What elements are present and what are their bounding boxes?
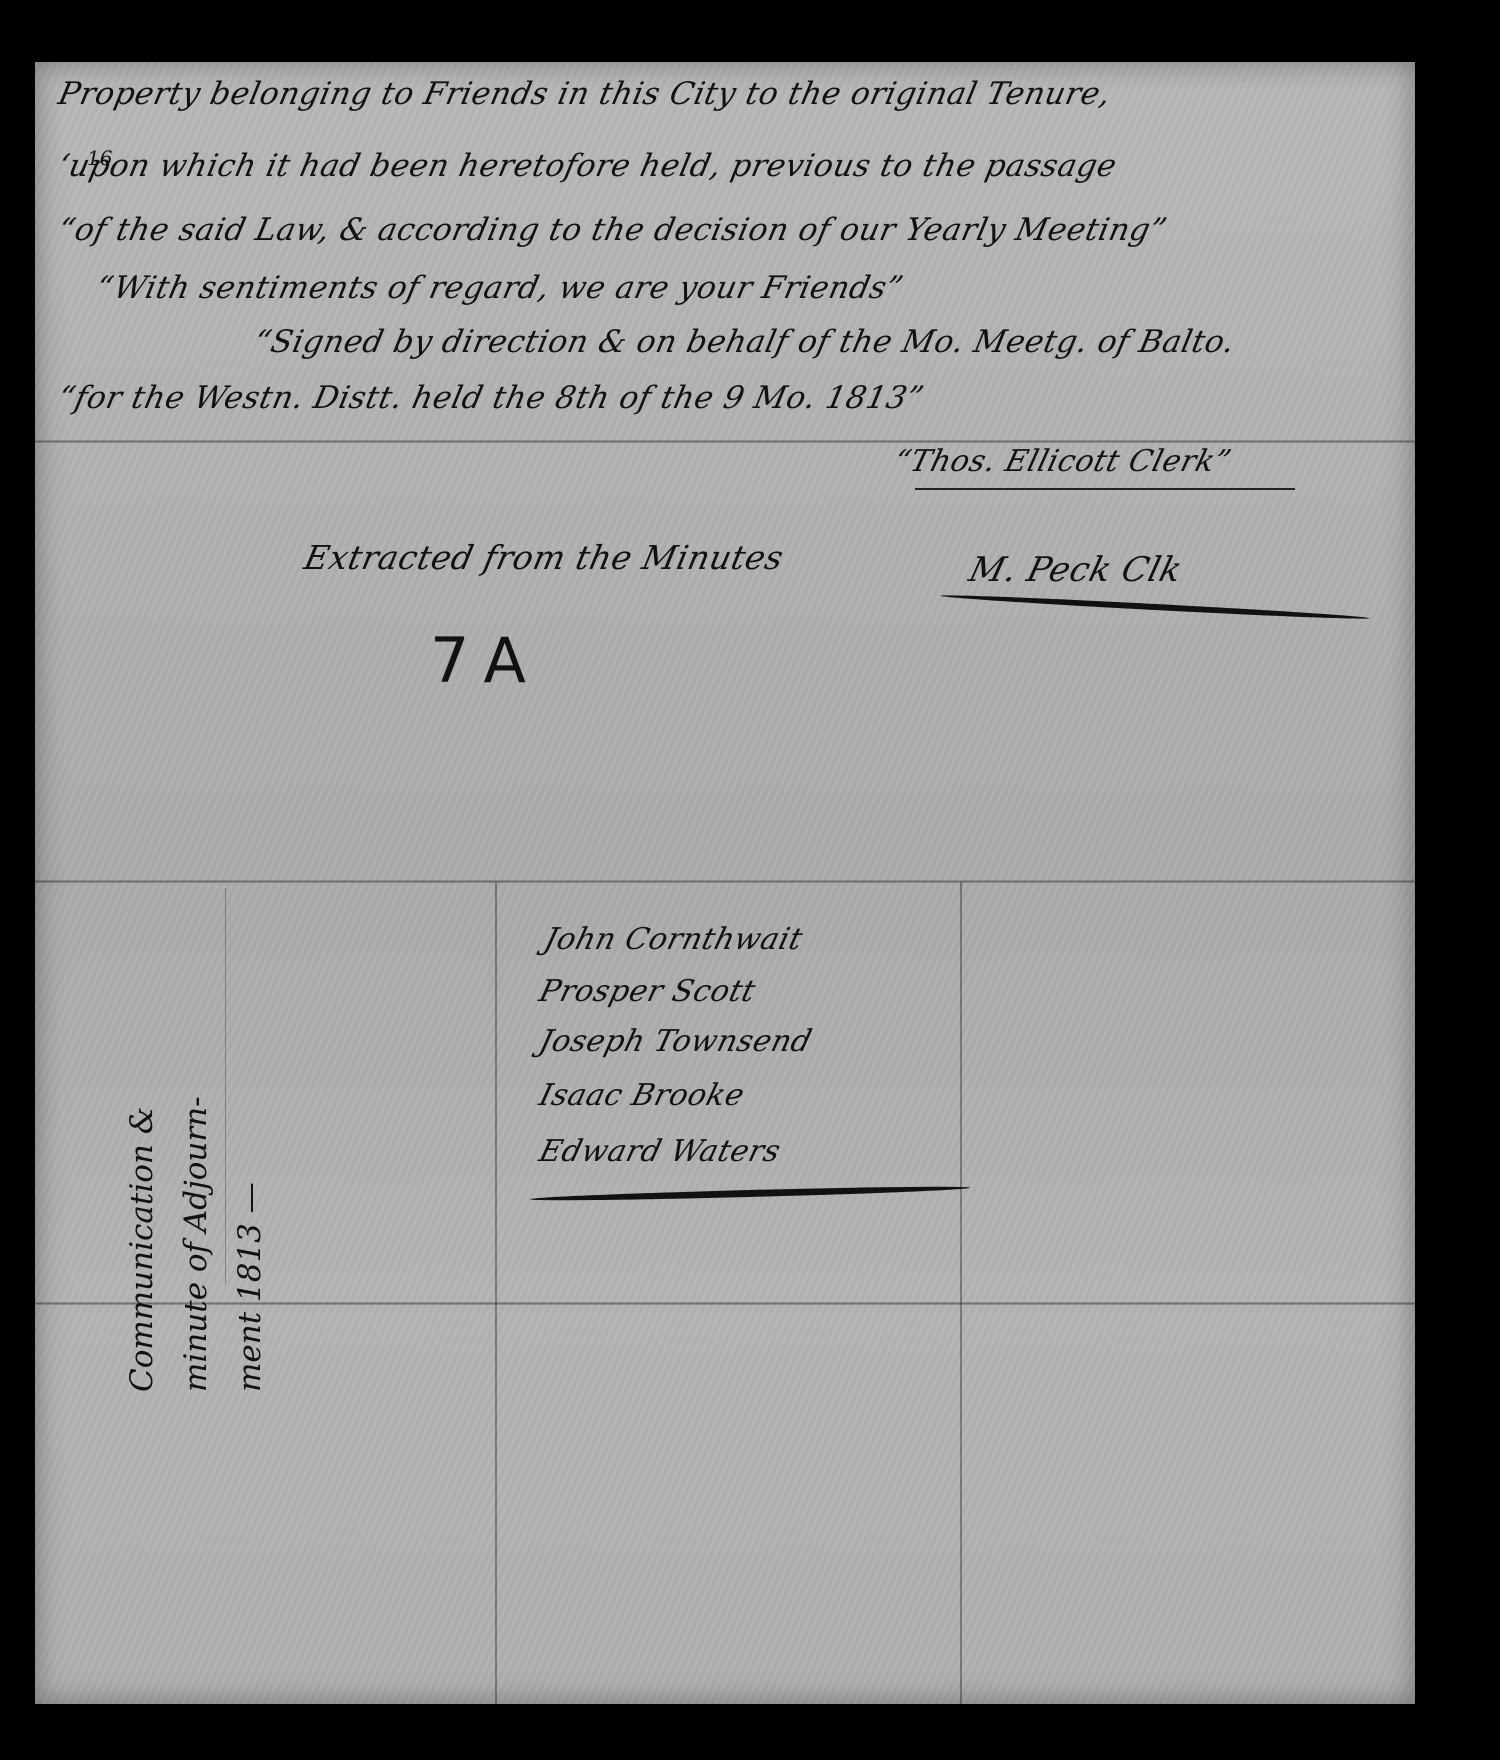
body-line-4: “With sentiments of regard, we are your … — [93, 270, 906, 306]
fold-line-vertical-1 — [495, 882, 497, 1704]
clerk-signature-1: “Thos. Ellicott Clerk” — [891, 444, 1235, 479]
signatory-1: John Cornthwait — [541, 922, 807, 957]
clerk-signature-2: M. Peck Clk — [965, 550, 1186, 590]
body-line-5: “Signed by direction & on behalf of the … — [251, 324, 1238, 360]
fold-line-1 — [35, 440, 1415, 443]
endorsement-line-3: ment 1813 — — [223, 952, 277, 1392]
signatory-5: Edward Waters — [536, 1134, 785, 1169]
fold-line-vertical-2 — [960, 882, 962, 1704]
endorsement-line-2: minute of Adjourn- — [169, 952, 223, 1392]
signatory-4: Isaac Brooke — [536, 1078, 749, 1113]
body-line-1: Property belonging to Friends in this Ci… — [55, 76, 1114, 112]
body-line-2: ‘upon which it had been heretofore held,… — [55, 148, 1120, 184]
body-line-6: “for the Westn. Distt. held the 8th of t… — [55, 380, 927, 416]
signatories-flourish — [530, 1184, 970, 1203]
signature-underline-1 — [915, 488, 1295, 490]
extract-line: Extracted from the Minutes — [301, 538, 787, 577]
document-marker: 7A — [430, 624, 540, 697]
signatory-3: Joseph Townsend — [536, 1024, 816, 1059]
endorsement-line-1: Communication & — [115, 952, 169, 1392]
body-line-3: “of the said Law, & according to the dec… — [55, 212, 1170, 248]
fold-line-2 — [35, 880, 1415, 883]
signature-flourish-2 — [940, 593, 1370, 621]
endorsement: Communication & minute of Adjourn- ment … — [115, 952, 277, 1392]
signatory-2: Prosper Scott — [536, 974, 760, 1009]
document-page: 16 Property belonging to Friends in this… — [35, 62, 1415, 1704]
